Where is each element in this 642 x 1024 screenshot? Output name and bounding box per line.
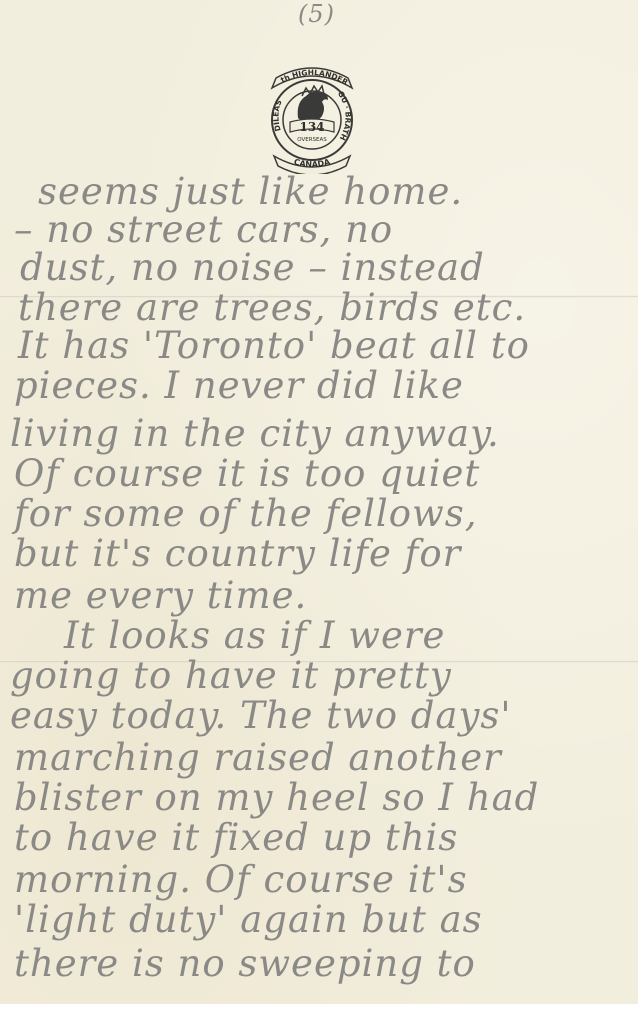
svg-text:DILEAS: DILEAS — [271, 99, 283, 133]
handwritten-line: blister on my heel so I had — [14, 778, 539, 818]
page-number: (5) — [298, 0, 335, 28]
handwritten-line: for some of the fellows, — [14, 494, 477, 534]
handwritten-line: dust, no noise – instead — [20, 248, 485, 288]
handwritten-line: – no street cars, no — [14, 210, 393, 250]
handwritten-line: Of course it is too quiet — [14, 454, 480, 494]
crest-number: 134 — [299, 120, 324, 134]
handwritten-line: me every time. — [14, 576, 307, 616]
handwritten-line: but it's country life for — [14, 534, 461, 574]
handwritten-line: easy today. The two days' — [10, 696, 512, 736]
handwritten-line: It looks as if I were — [64, 616, 445, 656]
letter-page: (5) 48th HIGHLANDERS DILEAS GU · BRATH — [0, 0, 638, 1004]
handwritten-line: pieces. I never did like — [14, 366, 464, 406]
handwritten-line: 'light duty' again but as — [14, 900, 483, 940]
handwritten-line: to have it fixed up this — [14, 818, 458, 858]
handwritten-line: there are trees, birds etc. — [18, 288, 526, 328]
crest-band-text: OVERSEAS — [297, 137, 327, 143]
handwritten-line: morning. Of course it's — [14, 860, 468, 900]
handwritten-line: It has 'Toronto' beat all to — [18, 326, 530, 366]
handwritten-line: marching raised another — [14, 738, 502, 778]
handwritten-line: going to have it pretty — [10, 656, 452, 696]
handwritten-line: there is no sweeping to — [14, 944, 476, 984]
regimental-crest-icon: 48th HIGHLANDERS DILEAS GU · BRATH 134 O… — [262, 62, 362, 174]
handwritten-line: living in the city anyway. — [10, 414, 500, 454]
handwritten-line: seems just like home. — [38, 172, 463, 212]
crest-left-text: DILEAS — [271, 99, 283, 133]
